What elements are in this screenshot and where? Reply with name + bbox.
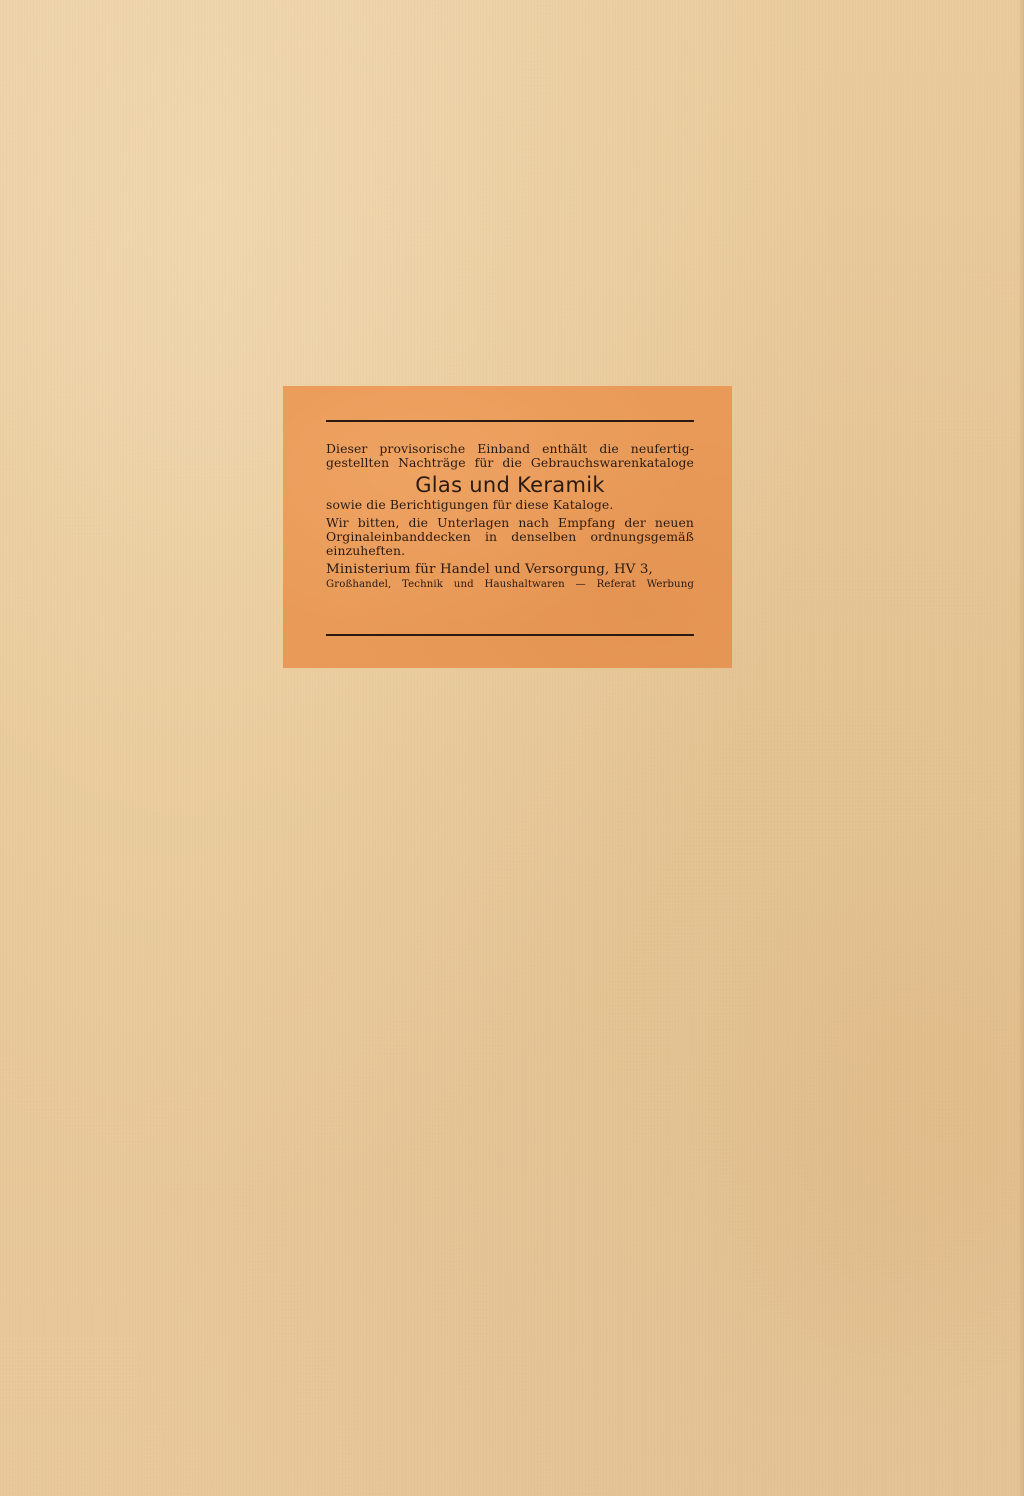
paper-edge xyxy=(1018,0,1024,1496)
request-line-3: einzuheften. xyxy=(326,544,694,558)
request-line-1: Wir bitten, die Unterlagen nach Empfang … xyxy=(326,516,694,530)
intro-line-2: gestellten Nachträge für die Gebrauchswa… xyxy=(326,456,694,470)
bottom-rule xyxy=(326,634,694,636)
label-title: Glas und Keramik xyxy=(326,472,694,498)
intro-line-1: Dieser provisorische Einband enthält die… xyxy=(326,442,694,456)
top-rule xyxy=(326,420,694,422)
orange-label: Dieser provisorische Einband enthält die… xyxy=(283,386,732,668)
after-title-line: sowie die Berichtigungen für diese Katal… xyxy=(326,498,694,512)
department-line: Großhandel, Technik und Haushaltwaren — … xyxy=(326,578,694,591)
label-text: Dieser provisorische Einband enthält die… xyxy=(326,442,694,591)
ministry-line: Ministerium für Handel und Versorgung, H… xyxy=(326,562,694,578)
paper-cover xyxy=(0,0,1024,1496)
request-line-2: Orginaleinbanddecken in denselben ordnun… xyxy=(326,530,694,544)
